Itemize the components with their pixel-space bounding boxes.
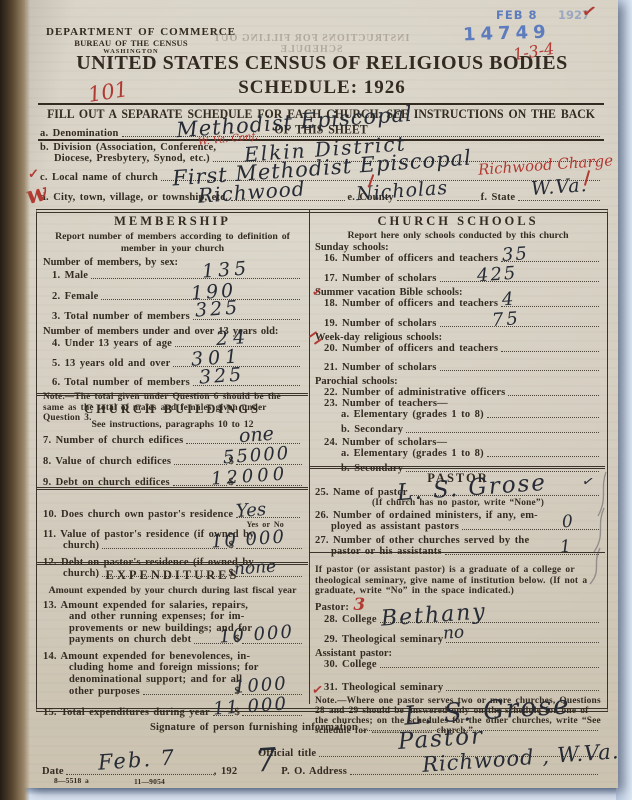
q10-value: Yes <box>235 500 266 520</box>
q19-label: 19. Number of scholars <box>324 318 437 329</box>
signature-label: Signature of person furnishing informati… <box>150 722 358 733</box>
q21-row: 21. Number of scholars <box>315 362 601 373</box>
pastor-red-mark: 3 <box>353 595 365 615</box>
q29-value: no <box>442 624 464 642</box>
q27-label-line1: 27. Number of other churches served by t… <box>315 535 601 546</box>
q8-label: 8. Value of church edifices <box>43 456 171 467</box>
membership-group-sex: Number of members, by sex: <box>43 257 302 268</box>
church-buildings-section: CHURCH BUILDINGS See instructions, parag… <box>43 402 302 579</box>
dotted-leader <box>445 552 599 555</box>
q16-value: 35 <box>501 245 529 265</box>
q24a-row: a. Elementary (grades 1 to 8) <box>315 448 601 459</box>
q18-label: 18. Number of officers and teachers <box>324 298 498 309</box>
q9-value: 12000 <box>210 465 288 488</box>
schools-group-parochial: Parochial schools: <box>315 376 601 387</box>
q19-row: 19. Number of scholars 75 <box>315 318 601 329</box>
dotted-leader <box>508 393 599 396</box>
q14-line2: cluding home and foreign missions; for <box>43 662 302 674</box>
q7-value: one <box>238 424 274 445</box>
scanned-census-form-page: DEPARTMENT OF COMMERCE BUREAU OF THE CEN… <box>0 0 632 800</box>
q15-row: 15. Total expenditures during year $ 11 … <box>43 707 302 718</box>
dotted-leader <box>487 415 599 418</box>
dotted-leader <box>66 772 214 775</box>
schools-group-weekday: Week-day religious schools: <box>315 332 601 343</box>
form-title: UNITED STATES CENSUS OF RELIGIOUS BODIES <box>26 52 618 75</box>
q6-label: 6. Total number of members <box>52 377 190 388</box>
q1-value: 135 <box>201 259 250 281</box>
q11-row: 11. Value of pastor's residence (if owne… <box>43 529 302 551</box>
dotted-leader <box>406 430 599 433</box>
q23a-label: a. Elementary (grades 1 to 8) <box>341 409 484 420</box>
q28-label: 28. College <box>324 614 377 625</box>
red-checkmark-q18: ✓ <box>311 284 323 300</box>
q3-row: 3. Total number of members 325 <box>43 311 302 322</box>
q13-line2: and other running expenses; for im- <box>43 611 302 623</box>
graduate-instr-line1: If pastor (or assistant pastor) is a gra… <box>315 565 575 575</box>
form-number-left: 8—5518 a <box>54 776 89 785</box>
q4-label: 4. Under 13 years of age <box>52 338 172 349</box>
schools-title: CHURCH SCHOOLS <box>315 214 601 229</box>
q14-line1: 14. Amount expended for benevolences, in… <box>43 651 302 663</box>
q25-row: 25. Name of pastor L. S. Grose <box>315 487 601 498</box>
dotted-leader <box>501 304 599 307</box>
graduate-instructions: If pastor (or assistant pastor) is a gra… <box>315 565 601 597</box>
signature-row: Signature of person furnishing informati… <box>150 722 600 733</box>
date-stamp: FEB 8 <box>496 8 537 22</box>
date-value: Feb. 7 <box>97 747 176 773</box>
year-digit-value: 7 <box>255 743 278 776</box>
membership-section: MEMBERSHIP Report number of members acco… <box>43 214 302 424</box>
q10-row: 10. Does church own pastor's residence Y… <box>43 509 302 520</box>
q18-row: 18. Number of officers and teachers 4 <box>315 298 601 309</box>
q14-row: 14. Amount expended for benevolences, in… <box>43 651 302 697</box>
division-label-line2: Diocese, Presbytery, Synod, etc.) <box>40 153 210 164</box>
buildings-title: CHURCH BUILDINGS <box>43 402 302 417</box>
q31-label: 31. Theological seminary <box>324 682 443 693</box>
pastor-heading-label: Pastor: <box>315 602 349 613</box>
q7-label: 7. Number of church edifices <box>43 435 183 446</box>
dotted-leader <box>102 546 226 549</box>
agency-dept: DEPARTMENT OF COMMERCE <box>46 26 216 38</box>
membership-subtitle-1: Report number of members according to de… <box>43 231 302 243</box>
q5-label: 5. 13 years old and over <box>52 358 170 369</box>
dotted-leader <box>440 279 599 282</box>
q24-label: 24. Number of scholars— <box>315 437 601 448</box>
expenditures-section: EXPENDITURES Amount expended by your chu… <box>43 568 302 718</box>
membership-note-line1: Note.—The total given under Question 6 s… <box>43 392 281 402</box>
dotted-leader <box>487 454 599 457</box>
schools-group-summer: Summer vacation Bible schools: <box>315 287 601 298</box>
denomination-label: a. Denomination <box>40 128 119 139</box>
dotted-leader <box>143 692 233 695</box>
state-value: W.Va. <box>530 176 588 199</box>
q10-label: 10. Does church own pastor's residence <box>43 509 233 520</box>
q3-value: 325 <box>194 298 240 320</box>
q27-row: 27. Number of other churches served by t… <box>315 535 601 557</box>
agency-block: DEPARTMENT OF COMMERCE BUREAU OF THE CEN… <box>46 26 216 55</box>
q23b-row: b. Secondary <box>315 424 601 435</box>
q1-label: 1. Male <box>52 270 88 281</box>
dotted-leader <box>462 527 599 530</box>
po-address-label: P. O. Address <box>281 766 347 777</box>
q17-row: 17. Number of scholars 425 <box>315 273 601 284</box>
q27-label-line2: pastor or his assistants <box>315 546 442 557</box>
q20-label: 20. Number of officers and teachers <box>324 343 498 354</box>
assistant-pastor-heading: Assistant pastor: <box>315 648 601 659</box>
q2-label: 2. Female <box>52 291 98 302</box>
church-schools-section: CHURCH SCHOOLS Report here only schools … <box>315 214 601 474</box>
q26-row: 26. Number of ordained ministers, if any… <box>315 510 601 532</box>
q15-label: 15. Total expenditures during year <box>43 707 210 718</box>
q26-label-line1: 26. Number of ordained ministers, if any… <box>315 510 601 521</box>
q24a-label: a. Elementary (grades 1 to 8) <box>341 448 484 459</box>
schools-group-sunday: Sunday schools: <box>315 242 601 253</box>
q25-label: 25. Name of pastor <box>315 487 408 498</box>
q9-row: 9. Debt on church edifices $ 12000 <box>43 477 302 488</box>
column-divider <box>309 209 310 704</box>
q21-label: 21. Number of scholars <box>324 362 437 373</box>
dotted-leader <box>446 688 599 691</box>
q1-row: 1. Male 135 <box>43 270 302 281</box>
q16-label: 16. Number of officers and teachers <box>324 253 498 264</box>
q23-label: 23. Number of teachers— <box>315 398 601 409</box>
q12-value: none <box>233 558 276 578</box>
q14-line4: other purposes <box>43 686 140 698</box>
q19-value: 75 <box>492 310 522 330</box>
q17-value: 425 <box>476 264 518 285</box>
form-number-right: 11—9054 <box>134 777 165 786</box>
dotted-leader <box>91 276 300 279</box>
red-checkmark-top: ✓ <box>580 1 598 24</box>
membership-group-age: Number of members under and over 13 year… <box>43 326 302 337</box>
q6-value: 325 <box>198 365 244 387</box>
scanner-edge-left <box>0 0 30 800</box>
red-tally-number: 101 <box>87 79 130 106</box>
q13-line4: payments on church debt <box>43 634 191 646</box>
dotted-leader <box>501 349 599 352</box>
schools-subtitle: Report here only schools conducted by th… <box>315 230 601 242</box>
q17-label: 17. Number of scholars <box>324 273 437 284</box>
q9-label: 9. Debt on church edifices <box>43 477 170 488</box>
q16-row: 16. Number of officers and teachers 35 <box>315 253 601 264</box>
q13-line1: 13. Amount expended for salaries, repair… <box>43 600 302 612</box>
dotted-leader <box>440 368 599 371</box>
form-paper: DEPARTMENT OF COMMERCE BUREAU OF THE CEN… <box>26 0 618 788</box>
q3-label: 3. Total number of members <box>52 311 190 322</box>
q28-value: Bethany <box>380 601 487 630</box>
local-name-label: c. Local name of church <box>40 172 158 183</box>
q11-value: 10 000 <box>210 528 286 551</box>
q2-row: 2. Female 190 <box>43 291 302 302</box>
q18-value: 4 <box>501 290 514 309</box>
membership-subtitle-2: member in your church <box>43 243 302 255</box>
membership-title: MEMBERSHIP <box>43 214 302 229</box>
q29-label: 29. Theological seminary <box>324 634 443 645</box>
dotted-leader <box>518 198 600 201</box>
q26-label-line2: ployed as assistant pastors <box>315 521 459 532</box>
q13-row: 13. Amount expended for salaries, repair… <box>43 600 302 646</box>
q30-label: 30. College <box>324 659 377 670</box>
q26-value: 0 <box>562 514 574 532</box>
q27-value: 1 <box>560 539 572 557</box>
dotted-leader <box>380 665 599 668</box>
q4-row: 4. Under 13 years of age 24 <box>43 338 302 349</box>
year-prefix: , 192 <box>214 766 238 777</box>
q20-row: 20. Number of officers and teachers <box>315 343 601 354</box>
state-label: f. State <box>481 192 516 203</box>
dotted-leader <box>174 462 226 465</box>
q23a-row: a. Elementary (grades 1 to 8) <box>315 409 601 420</box>
row-city-county-state: d. City, town, village, or township, etc… <box>40 192 602 203</box>
scanner-edge-bottom <box>0 788 632 800</box>
q22-label: 22. Number of administrative officers <box>324 387 505 398</box>
dotted-leader <box>446 640 599 643</box>
q13-value: 10 000 <box>218 623 294 646</box>
q22-row: 22. Number of administrative officers <box>315 387 601 398</box>
graduate-instr-line2: theological seminary, give name of insti… <box>315 576 560 586</box>
q6-row: 6. Total number of members 325 <box>43 377 302 388</box>
q23b-label: b. Secondary <box>341 424 403 435</box>
q30-row: 30. College <box>315 659 601 670</box>
scanner-edge-right <box>616 0 632 800</box>
expenditures-subtitle: Amount expended by your church during la… <box>43 585 302 597</box>
q29-row: 29. Theological seminary no <box>315 634 601 645</box>
agency-bureau: BUREAU OF THE CENSUS <box>46 38 216 48</box>
q5-row: 5. 13 years old and over 301 <box>43 358 302 369</box>
red-checkmark-note: ✓ <box>311 681 324 698</box>
q11-label-line2: church) <box>43 540 99 551</box>
red-checkmark-local-name: ✓ <box>28 166 39 182</box>
